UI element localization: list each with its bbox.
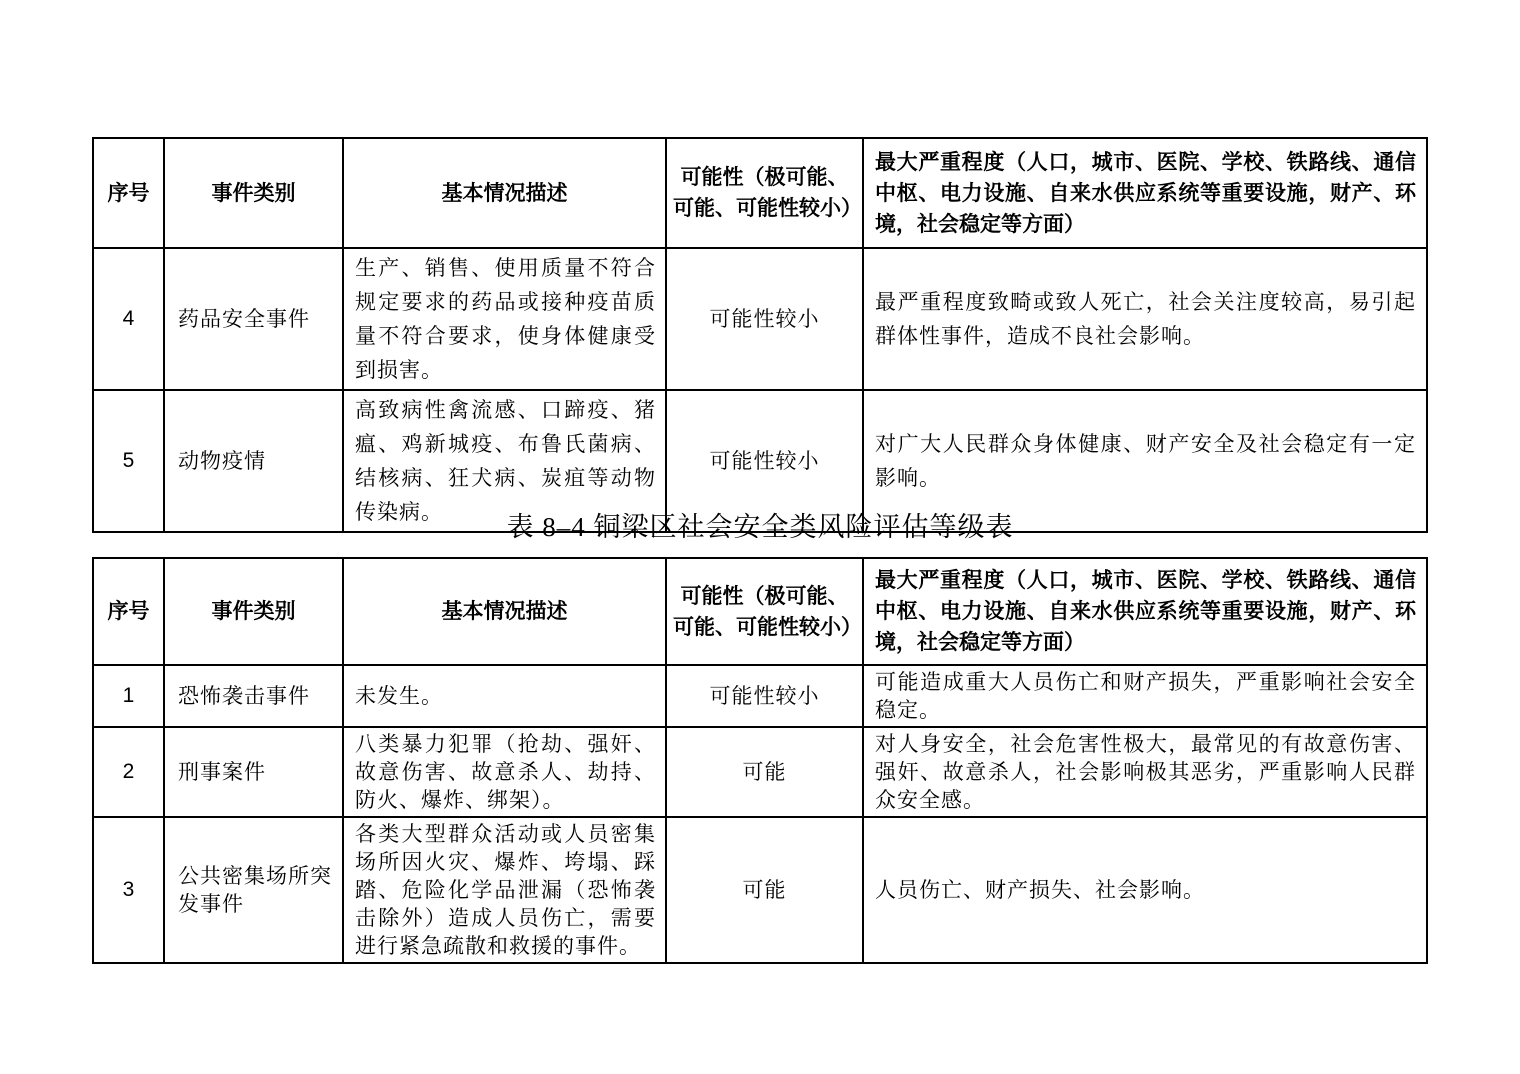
cell-description: 未发生。 xyxy=(343,665,666,727)
table-header-row: 序号 事件类别 基本情况描述 可能性（极可能、可能、可能性较小） 最大严重程度（… xyxy=(93,558,1427,665)
cell-serial-number: 4 xyxy=(93,248,164,390)
header-serial-number: 序号 xyxy=(93,138,164,248)
cell-max-severity: 最严重程度致畸或致人死亡，社会关注度较高，易引起群体性事件，造成不良社会影响。 xyxy=(863,248,1427,390)
cell-event-category: 药品安全事件 xyxy=(164,248,343,390)
header-max-severity: 最大严重程度（人口，城市、医院、学校、铁路线、通信中枢、电力设施、自来水供应系统… xyxy=(863,138,1427,248)
cell-likelihood: 可能 xyxy=(666,727,863,817)
table-row: 1 恐怖袭击事件 未发生。 可能性较小 可能造成重大人员伤亡和财产损失，严重影响… xyxy=(93,665,1427,727)
cell-serial-number: 1 xyxy=(93,665,164,727)
table-row: 4 药品安全事件 生产、销售、使用质量不符合规定要求的药品或接种疫苗质量不符合要… xyxy=(93,248,1427,390)
cell-max-severity: 对人身安全，社会危害性极大，最常见的有故意伤害、强奸、故意杀人，社会影响极其恶劣… xyxy=(863,727,1427,817)
table-caption: 表 8–4 铜梁区社会安全类风险评估等级表 xyxy=(0,499,1520,555)
cell-event-category: 公共密集场所突发事件 xyxy=(164,817,343,963)
cell-likelihood: 可能 xyxy=(666,817,863,963)
cell-event-category: 恐怖袭击事件 xyxy=(164,665,343,727)
header-description: 基本情况描述 xyxy=(343,558,666,665)
header-max-severity: 最大严重程度（人口，城市、医院、学校、铁路线、通信中枢、电力设施、自来水供应系统… xyxy=(863,558,1427,665)
cell-description: 各类大型群众活动或人员密集场所因火灾、爆炸、垮塌、踩踏、危险化学品泄漏（恐怖袭击… xyxy=(343,817,666,963)
cell-event-category: 刑事案件 xyxy=(164,727,343,817)
cell-description: 八类暴力犯罪（抢劫、强奸、故意伤害、故意杀人、劫持、防火、爆炸、绑架）。 xyxy=(343,727,666,817)
header-event-category: 事件类别 xyxy=(164,138,343,248)
header-likelihood: 可能性（极可能、可能、可能性较小） xyxy=(666,558,863,665)
header-likelihood: 可能性（极可能、可能、可能性较小） xyxy=(666,138,863,248)
risk-table-social-safety: 序号 事件类别 基本情况描述 可能性（极可能、可能、可能性较小） 最大严重程度（… xyxy=(92,557,1428,964)
cell-description: 生产、销售、使用质量不符合规定要求的药品或接种疫苗质量不符合要求，使身体健康受到… xyxy=(343,248,666,390)
document-page: 序号 事件类别 基本情况描述 可能性（极可能、可能、可能性较小） 最大严重程度（… xyxy=(0,0,1520,1074)
cell-likelihood: 可能性较小 xyxy=(666,248,863,390)
risk-table-top: 序号 事件类别 基本情况描述 可能性（极可能、可能、可能性较小） 最大严重程度（… xyxy=(92,137,1428,533)
cell-max-severity: 人员伤亡、财产损失、社会影响。 xyxy=(863,817,1427,963)
table-row: 3 公共密集场所突发事件 各类大型群众活动或人员密集场所因火灾、爆炸、垮塌、踩踏… xyxy=(93,817,1427,963)
header-serial-number: 序号 xyxy=(93,558,164,665)
table-row: 2 刑事案件 八类暴力犯罪（抢劫、强奸、故意伤害、故意杀人、劫持、防火、爆炸、绑… xyxy=(93,727,1427,817)
header-event-category: 事件类别 xyxy=(164,558,343,665)
table-header-row: 序号 事件类别 基本情况描述 可能性（极可能、可能、可能性较小） 最大严重程度（… xyxy=(93,138,1427,248)
cell-serial-number: 3 xyxy=(93,817,164,963)
cell-likelihood: 可能性较小 xyxy=(666,665,863,727)
cell-max-severity: 可能造成重大人员伤亡和财产损失，严重影响社会安全稳定。 xyxy=(863,665,1427,727)
cell-serial-number: 2 xyxy=(93,727,164,817)
header-description: 基本情况描述 xyxy=(343,138,666,248)
